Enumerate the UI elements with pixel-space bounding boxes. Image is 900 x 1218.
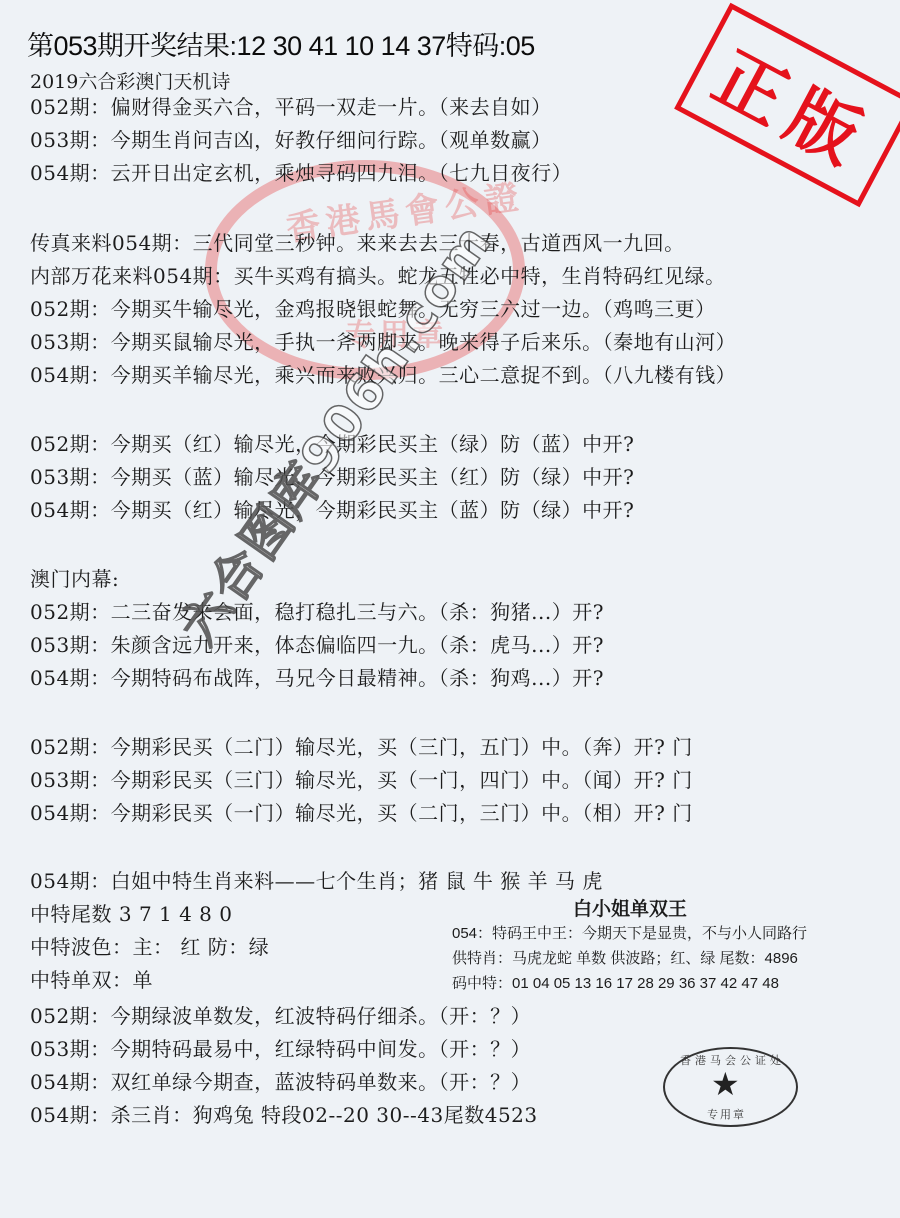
- lottery-document: 香港馬會公證 专用章 第053期开奖结果:12 30 41 10 14 37特码…: [0, 0, 900, 1218]
- poem-line: 052期：偏财得金买六合，平码一双走一片。（来去自如）: [30, 91, 552, 120]
- bai-box-line: 054：特码王中王：今期天下是显贵，不与小人同路行: [452, 922, 807, 943]
- door-line: 052期：今期彩民买（二门）输尽光，买（三门，五门）中。（奔）开? 门: [30, 731, 693, 760]
- macau-inside-item: 054期：今期特码布战阵，马兄今日最精神。（杀：狗鸡...）开?: [30, 662, 604, 691]
- door-line: 053期：今期彩民买（三门）输尽光，买（一门，四门）中。（闻）开? 门: [30, 764, 693, 793]
- fax-line: 内部万花来料054期：买牛买鸡有搞头。蛇龙五牲必中特，生肖特码红见绿。: [30, 260, 726, 289]
- bai-box-line: 码中特：01 04 05 13 16 17 28 29 36 37 42 47 …: [452, 972, 779, 993]
- wave-line: 052期：今期绿波单数发，红波特码仔细杀。（开：？）: [30, 1000, 531, 1029]
- wave-color: 中特波色：主： 红 防：绿: [30, 931, 269, 960]
- color-line: 054期：今期买（红）输尽光，今期彩民买主（蓝）防（绿）中开?: [30, 494, 634, 523]
- poem-subtitle: 2019六合彩澳门天机诗: [30, 67, 230, 94]
- macau-inside-item: 053期：朱颜含远九开来，体态偏临四一九。（杀：虎马...）开?: [30, 629, 604, 658]
- macau-inside-item: 052期：二三奋发来会面，稳打稳扎三与六。（杀：狗猪...）开?: [30, 596, 604, 625]
- draw-result-headline: 第053期开奖结果:12 30 41 10 14 37特码:05: [27, 24, 535, 63]
- zodiac-line: 054期：白姐中特生肖来料——七个生肖；猪 鼠 牛 猴 羊 马 虎: [30, 865, 603, 894]
- black-seal-bottom-text: 专用章: [707, 1106, 746, 1122]
- macau-inside-title: 澳门内幕:: [30, 563, 119, 592]
- wave-line: 053期：今期特码最易中，红绿特码中间发。（开：？）: [30, 1033, 531, 1062]
- bai-box-title: 白小姐单双王: [573, 894, 687, 921]
- genuine-stamp: 正版: [674, 3, 900, 208]
- fax-line: 传真来料054期：三代同堂三秒钟。来来去去三十春，古道西风一九回。: [30, 227, 685, 256]
- odd-even: 中特单双：单: [30, 964, 153, 993]
- star-icon: ★: [711, 1068, 740, 1100]
- bai-box-line: 供特肖：马虎龙蛇 单数 供波路；红、绿 尾数：4896: [452, 947, 798, 968]
- tail-numbers: 中特尾数 3 7 1 4 8 0: [30, 898, 233, 927]
- poem-line: 054期：云开日出定玄机，乘烛寻码四九泪。（七九日夜行）: [30, 157, 572, 186]
- poem-line: 053期：今期生肖问吉凶，好教仔细问行踪。（观单数赢）: [30, 124, 552, 153]
- wave-line: 054期：双红单绿今期查，蓝波特码单数来。（开：？）: [30, 1066, 531, 1095]
- door-line: 054期：今期彩民买（一门）输尽光，买（二门，三门）中。（相）开? 门: [30, 797, 693, 826]
- kill-three-line: 054期：杀三肖：狗鸡兔 特段02--20 30--43尾数4523: [30, 1099, 538, 1128]
